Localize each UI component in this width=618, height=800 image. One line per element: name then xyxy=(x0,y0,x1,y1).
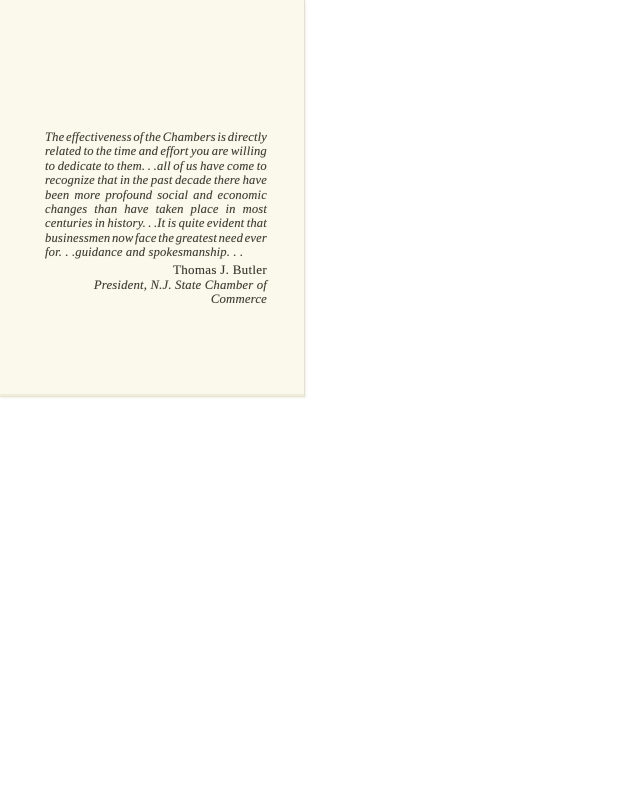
quote-line: recognizethatinthepastdecadetherehave xyxy=(45,173,267,187)
quote-line: for. . .guidance and spokesmanship. . . xyxy=(45,245,267,259)
quote-line: centuriesinhistory...Itisquiteevidenttha… xyxy=(45,216,267,230)
quote-line: todedicatetothem...allofushavecometo xyxy=(45,159,267,173)
scanned-page: TheeffectivenessoftheChambersisdirectly … xyxy=(0,0,305,397)
quote-line: relatedtothetimeandeffortyouarewilling xyxy=(45,144,267,158)
attribution-name: Thomas J. Butler xyxy=(45,263,267,277)
quote-line: TheeffectivenessoftheChambersisdirectly xyxy=(45,130,267,144)
attribution-title: President, N.J. State Chamber of Commerc… xyxy=(45,278,267,307)
quote-line: changesthanhavetakenplaceinmost xyxy=(45,202,267,216)
quote-block: TheeffectivenessoftheChambersisdirectly … xyxy=(45,130,267,307)
quote-line: businessmennowfacethegreatestneedever xyxy=(45,231,267,245)
scan-background: TheeffectivenessoftheChambersisdirectly … xyxy=(0,0,618,800)
quote-line: beenmoreprofoundsocialandeconomic xyxy=(45,188,267,202)
